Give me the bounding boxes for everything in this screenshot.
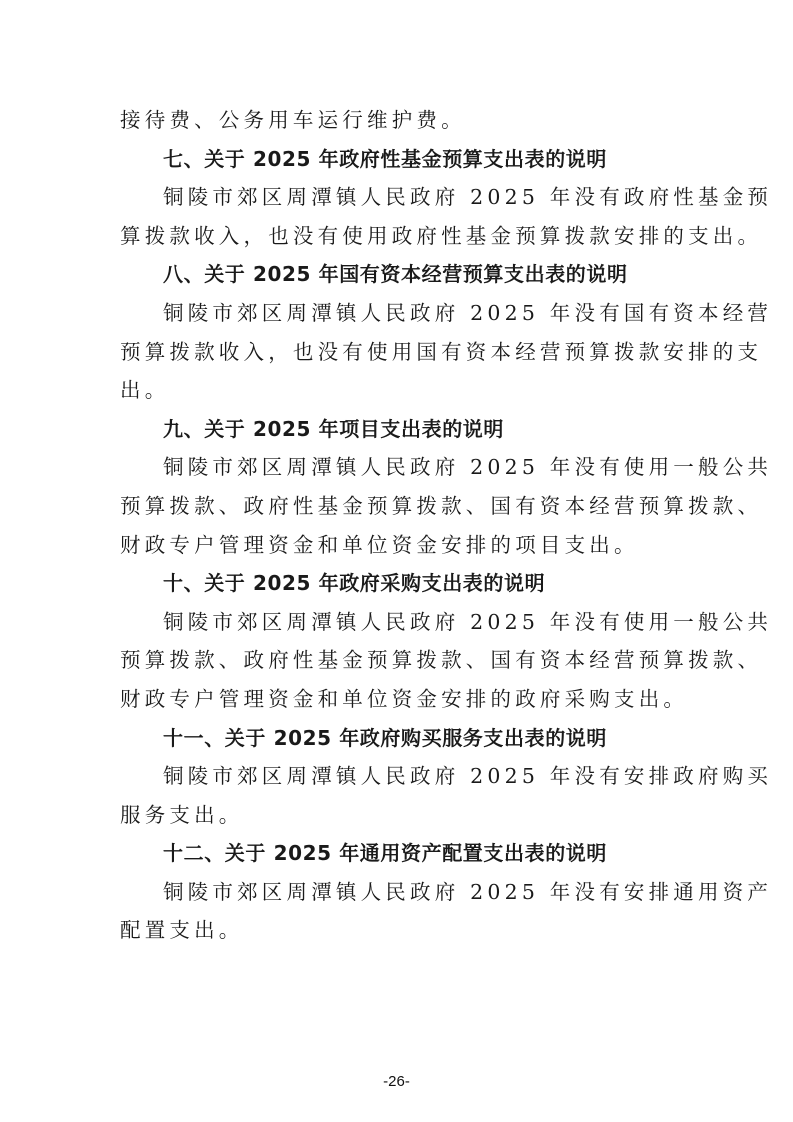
section-heading-11: 十一、关于 2025 年政府购买服务支出表的说明 xyxy=(120,719,674,758)
body-line: 铜陵市郊区周潭镇人民政府 2025 年没有安排通用资产 xyxy=(120,873,674,912)
body-line: 铜陵市郊区周潭镇人民政府 2025 年没有国有资本经营 xyxy=(120,294,674,333)
section-heading-8: 八、关于 2025 年国有资本经营预算支出表的说明 xyxy=(120,255,674,294)
body-line: 预算拨款、政府性基金预算拨款、国有资本经营预算拨款、 xyxy=(120,641,674,680)
body-line: 铜陵市郊区周潭镇人民政府 2025 年没有使用一般公共 xyxy=(120,448,674,487)
section-heading-9: 九、关于 2025 年项目支出表的说明 xyxy=(120,410,674,449)
section-heading-10: 十、关于 2025 年政府采购支出表的说明 xyxy=(120,564,674,603)
body-line: 铜陵市郊区周潭镇人民政府 2025 年没有安排政府购买 xyxy=(120,757,674,796)
section-heading-12: 十二、关于 2025 年通用资产配置支出表的说明 xyxy=(120,834,674,873)
body-line: 预算拨款收入，也没有使用国有资本经营预算拨款安排的支 xyxy=(120,333,674,372)
body-line: 配置支出。 xyxy=(120,911,674,950)
body-line: 服务支出。 xyxy=(120,796,674,835)
body-line: 财政专户管理资金和单位资金安排的政府采购支出。 xyxy=(120,680,674,719)
section-heading-7: 七、关于 2025 年政府性基金预算支出表的说明 xyxy=(120,140,674,179)
body-line: 接待费、公务用车运行维护费。 xyxy=(120,101,674,140)
body-line: 出。 xyxy=(120,371,674,410)
page-number: -26- xyxy=(0,1073,793,1090)
body-line: 预算拨款、政府性基金预算拨款、国有资本经营预算拨款、 xyxy=(120,487,674,526)
body-line: 财政专户管理资金和单位资金安排的项目支出。 xyxy=(120,526,674,565)
body-line: 铜陵市郊区周潭镇人民政府 2025 年没有政府性基金预 xyxy=(120,178,674,217)
document-page: 接待费、公务用车运行维护费。 七、关于 2025 年政府性基金预算支出表的说明 … xyxy=(120,101,674,950)
body-line: 铜陵市郊区周潭镇人民政府 2025 年没有使用一般公共 xyxy=(120,603,674,642)
body-line: 算拨款收入，也没有使用政府性基金预算拨款安排的支出。 xyxy=(120,217,674,256)
